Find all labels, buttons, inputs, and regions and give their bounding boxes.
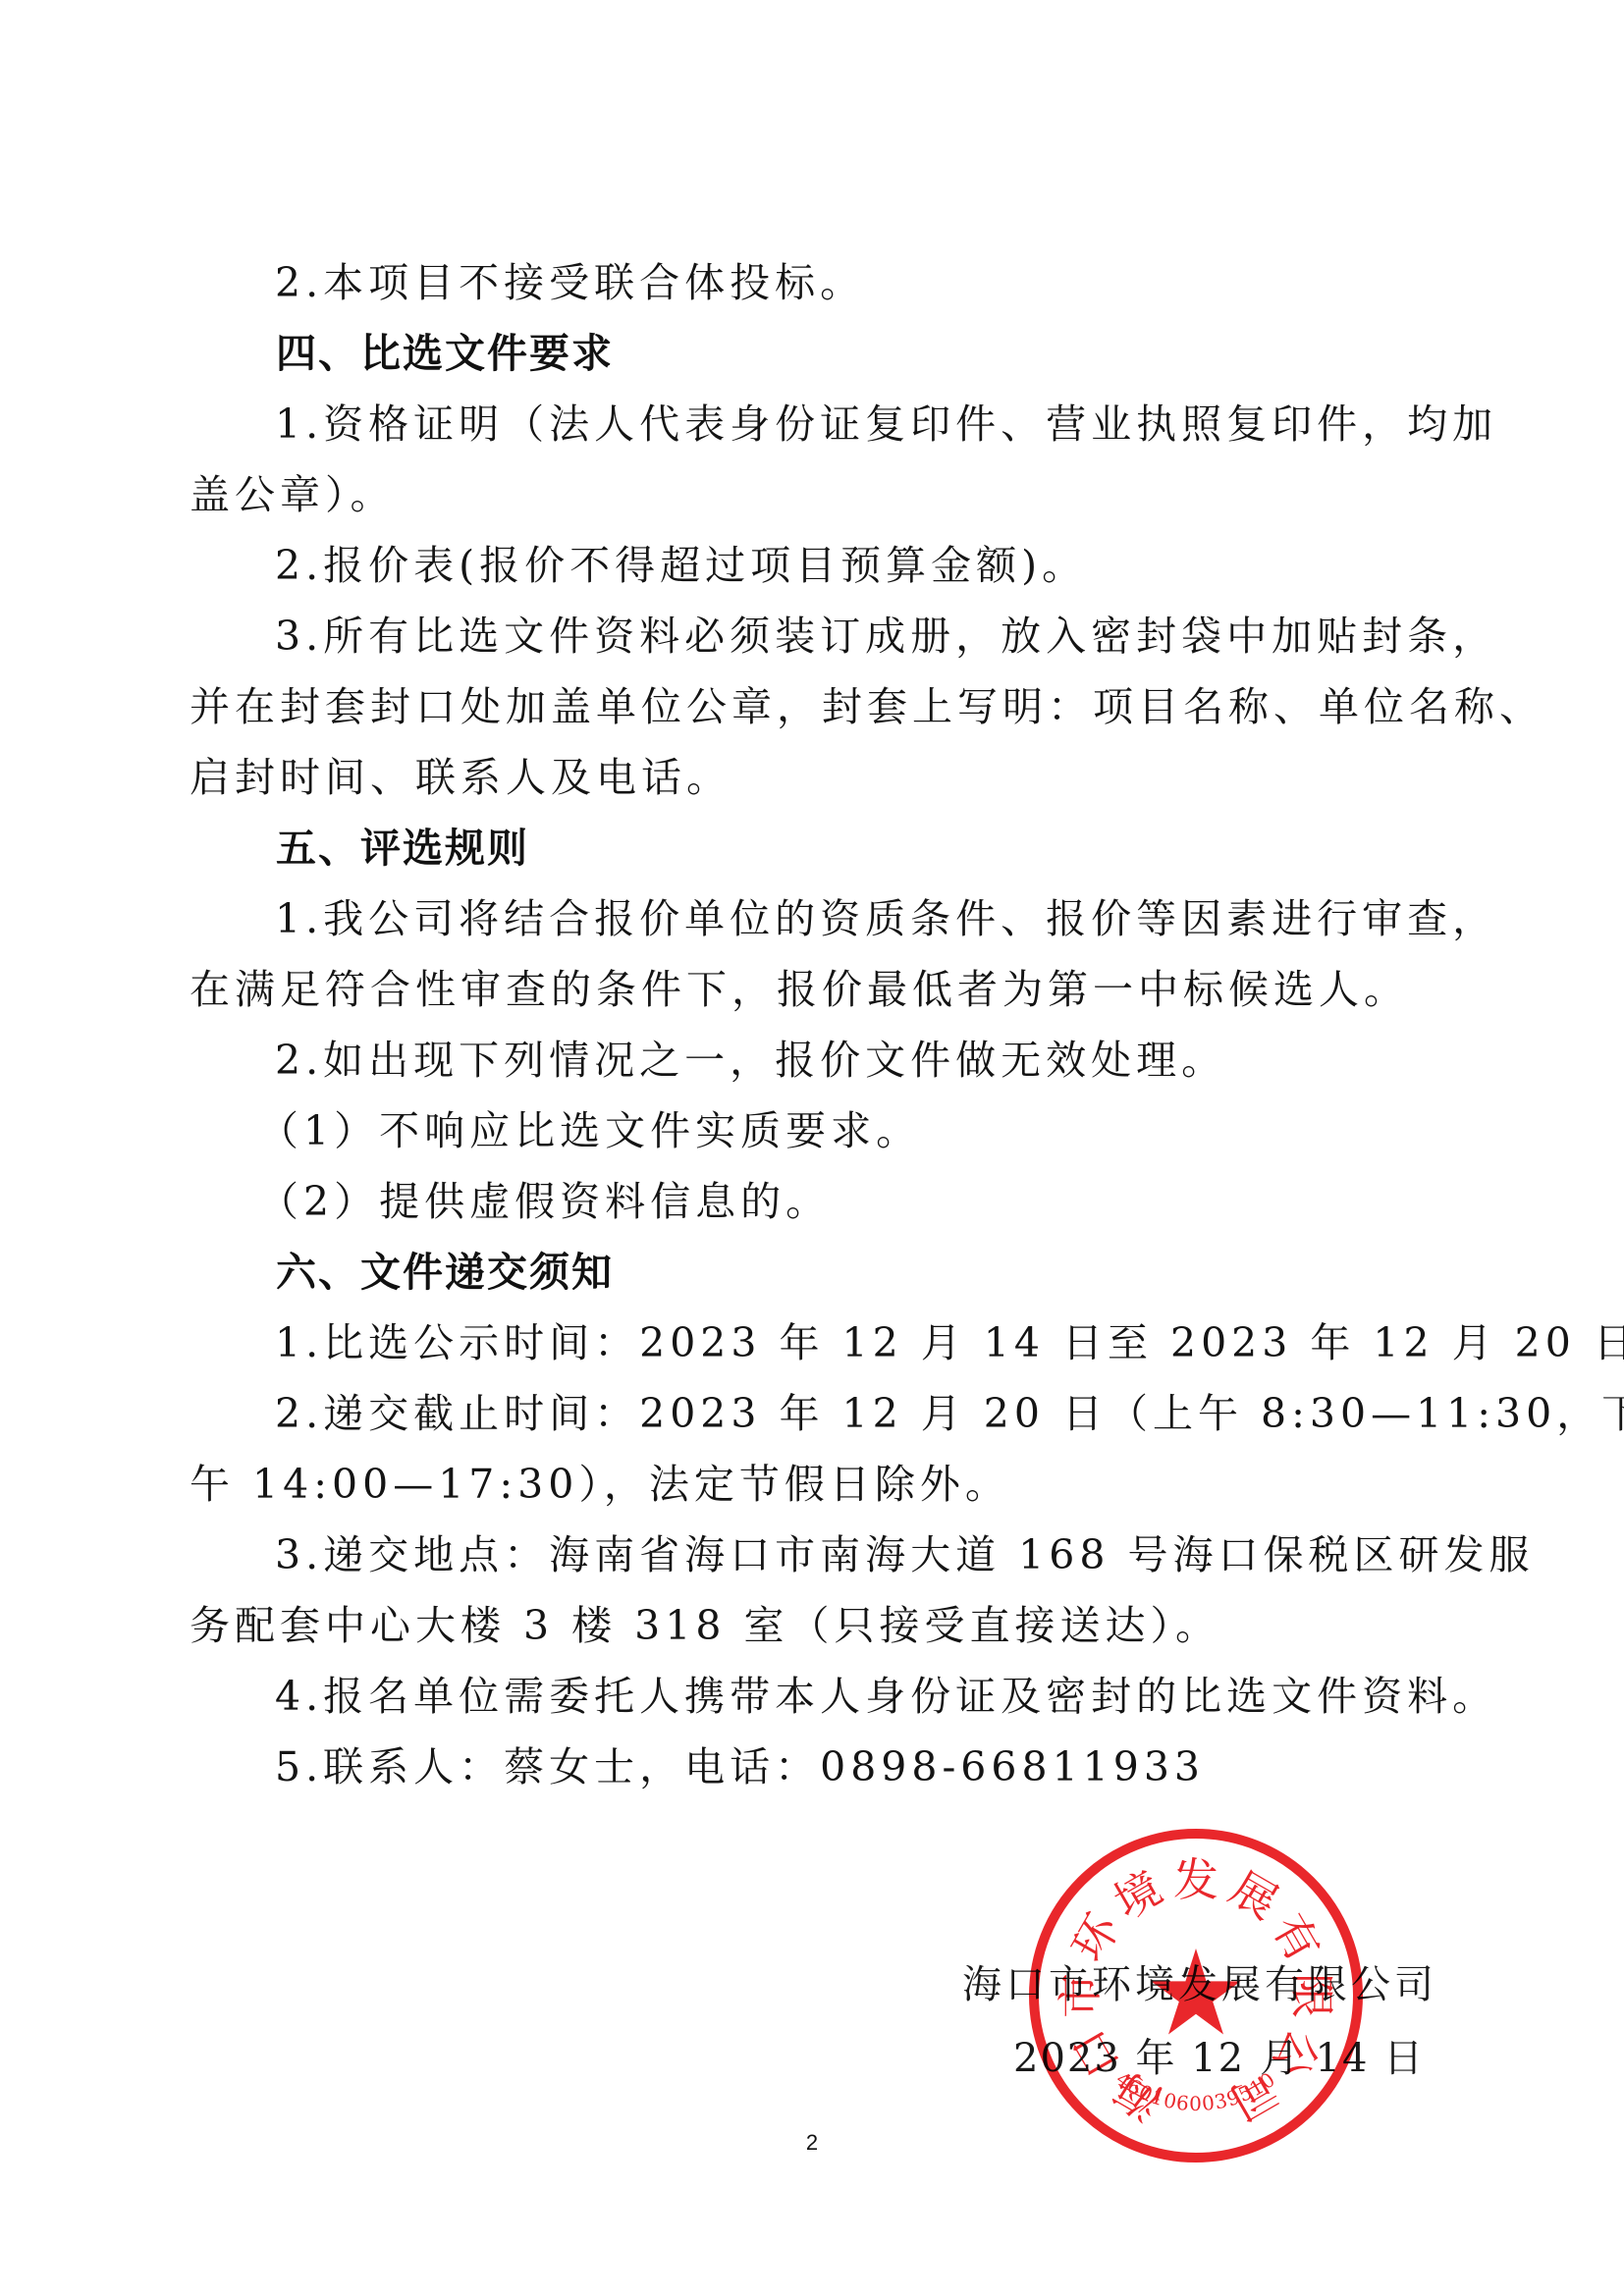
seal-char: 发 xyxy=(1173,1853,1218,1906)
body-line: （1）不响应比选文件实质要求。 xyxy=(258,1095,921,1166)
seal-char: 市 xyxy=(1054,1973,1107,2018)
body-line: 2.递交截止时间：2023 年 12 月 20 日（上午 8:30—11:30，… xyxy=(275,1378,1624,1449)
body-line: 1.比选公示时间：2023 年 12 月 14 日至 2023 年 12 月 2… xyxy=(275,1308,1624,1378)
seal-char: 展 xyxy=(1221,1861,1287,1930)
body-line: 2.报价表(报价不得超过项目预算金额)。 xyxy=(275,530,1087,601)
body-line: 在满足符合性审查的条件下，报价最低者为第一中标候选人。 xyxy=(189,954,1409,1025)
body-line: 5.联系人：蔡女士，电话：0898-66811933 xyxy=(275,1732,1205,1802)
company-seal: 海口市环境发展有限公司 4601060039510 xyxy=(1027,1827,1365,2164)
seal-char: 有 xyxy=(1262,1905,1330,1971)
seal-char: 环 xyxy=(1061,1903,1131,1971)
star-icon xyxy=(1151,1949,1240,2035)
body-line: 4.报名单位需委托人携带本人身份证及密封的比选文件资料。 xyxy=(275,1661,1497,1732)
seal-char: 限 xyxy=(1285,1973,1338,2018)
body-line: 2.本项目不接受联合体投标。 xyxy=(275,247,865,318)
section-heading: 五、评选规则 xyxy=(276,813,529,883)
body-line: 2.如出现下列情况之一，报价文件做无效处理。 xyxy=(275,1025,1226,1095)
body-line: 3.递交地点：海南省海口市南海大道 168 号海口保税区研发服 xyxy=(275,1520,1534,1590)
body-line: 1.我公司将结合报价单位的资质条件、报价等因素进行审查， xyxy=(275,883,1497,954)
body-line: 务配套中心大楼 3 楼 318 室（只接受直接送达）。 xyxy=(189,1590,1220,1661)
section-heading: 六、文件递交须知 xyxy=(276,1237,614,1308)
document-page: 2.本项目不接受联合体投标。 四、比选文件要求 1.资格证明（法人代表身份证复印… xyxy=(0,0,1624,2296)
body-line: 盖公章）。 xyxy=(189,459,396,530)
body-line: 并在封套封口处加盖单位公章，封套上写明：项目名称、单位名称、 xyxy=(189,671,1544,742)
body-line: 3.所有比选文件资料必须装订成册，放入密封袋中加贴封条， xyxy=(275,601,1497,671)
body-line: （2）提供虚假资料信息的。 xyxy=(258,1166,831,1237)
body-line: 1.资格证明（法人代表身份证复印件、营业执照复印件，均加 xyxy=(275,389,1497,459)
seal-char: 境 xyxy=(1106,1861,1171,1930)
section-heading: 四、比选文件要求 xyxy=(276,318,614,389)
body-line: 启封时间、联系人及电话。 xyxy=(189,742,731,813)
body-line: 午 14:00—17:30），法定节假日除外。 xyxy=(189,1449,1010,1520)
page-number: 2 xyxy=(800,2130,824,2156)
